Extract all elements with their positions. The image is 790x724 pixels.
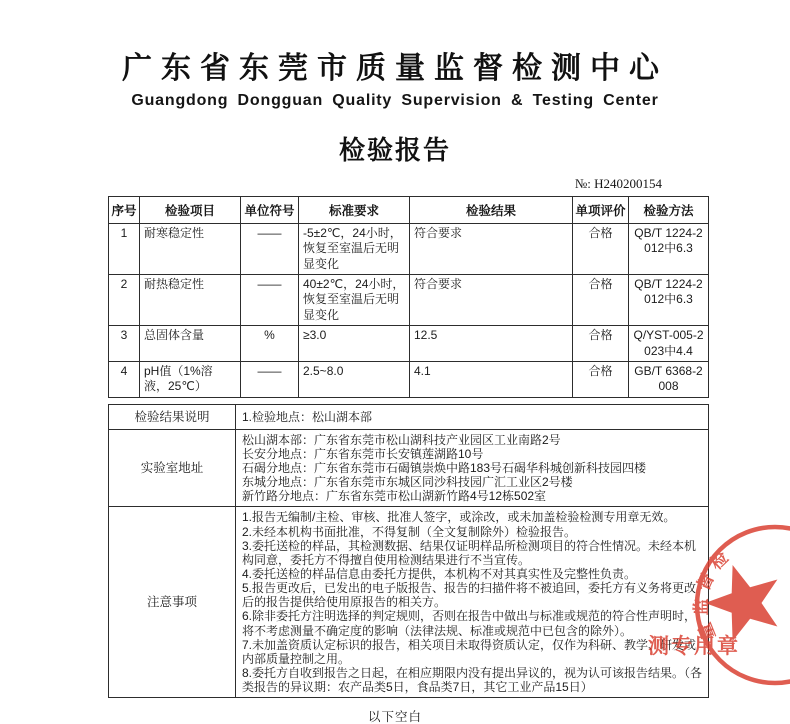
cell-seq-no: 1 (109, 224, 140, 275)
note-item: 8.委托方自收到报告之日起，在相应期限内没有提出异议的，视为认可该报告结果。（各… (242, 666, 702, 694)
seal-ring (697, 527, 790, 683)
table-row: 4 pH值（1%溶液，25℃） —— 2.5~8.0 4.1 合格 GB/T 6… (109, 361, 709, 397)
result-note-row: 检验结果说明 1.检验地点：松山湖本部 (109, 404, 709, 429)
cell-evaluation: 合格 (573, 275, 629, 326)
lab-address-label: 实验室地址 (109, 429, 236, 507)
note-item: 3.委托送检的样品，其检测数据、结果仅证明样品所检测项目的符合性情况。未经本机构… (242, 539, 702, 567)
result-note-content: 1.检验地点：松山湖本部 (236, 404, 709, 429)
cell-test-item: pH值（1%溶液，25℃） (140, 361, 241, 397)
address-line: 东城分地点：广东省东莞市东城区同沙科技园广汇工业区2号楼 (242, 475, 702, 489)
column-header: 检验方法 (629, 197, 709, 224)
column-header: 单项评价 (573, 197, 629, 224)
column-header: 单位符号 (241, 197, 299, 224)
notes-label: 注意事项 (109, 507, 236, 698)
cell-standard-requirement: 40±2℃，24小时，恢复至室温后无明显变化 (299, 275, 410, 326)
cell-unit-symbol: —— (241, 361, 299, 397)
column-header: 检验结果 (410, 197, 573, 224)
results-table-body: 1 耐寒稳定性 —— -5±2℃，24小时，恢复至室温后无明显变化 符合要求 合… (109, 224, 709, 398)
cell-test-result: 符合要求 (410, 275, 573, 326)
column-header: 检验项目 (140, 197, 241, 224)
cell-test-item: 耐热稳定性 (140, 275, 241, 326)
table-row: 2 耐热稳定性 —— 40±2℃，24小时，恢复至室温后无明显变化 符合要求 合… (109, 275, 709, 326)
column-header: 标准要求 (299, 197, 410, 224)
cell-test-method: Q/YST-005-2023中4.4 (629, 326, 709, 362)
notes-row: 注意事项 1.报告无编制/主检、审核、批准人签字，或涂改，或未加盖检验检测专用章… (109, 507, 709, 698)
cell-evaluation: 合格 (573, 224, 629, 275)
report-number: №: H240200154 (0, 176, 790, 192)
cell-test-method: GB/T 6368-2008 (629, 361, 709, 397)
cell-seq-no: 4 (109, 361, 140, 397)
cell-unit-symbol: % (241, 326, 299, 362)
notes-content: 1.报告无编制/主检、审核、批准人签字，或涂改，或未加盖检验检测专用章无效。2.… (236, 507, 709, 698)
note-item: 1.报告无编制/主检、审核、批准人签字，或涂改，或未加盖检验检测专用章无效。 (242, 510, 702, 524)
org-title: 广东省东莞市质量监督检测中心 (0, 52, 790, 85)
blank-below-note: 以下空白 (0, 707, 790, 724)
cell-test-result: 符合要求 (410, 224, 573, 275)
cell-evaluation: 合格 (573, 361, 629, 397)
cell-test-item: 耐寒稳定性 (140, 224, 241, 275)
table-row: 3 总固体含量 % ≥3.0 12.5 合格 Q/YST-005-2023中4.… (109, 326, 709, 362)
note-item: 2.未经本机构书面批准，不得复制（全文复制除外）检验报告。 (242, 525, 702, 539)
lab-address-row: 实验室地址 松山湖本部：广东省东莞市松山湖科技产业园区工业南路2号长安分地点：广… (109, 429, 709, 507)
result-note-label: 检验结果说明 (109, 404, 236, 429)
address-line: 长安分地点：广东省东莞市长安镇莲湖路10号 (242, 447, 702, 461)
cell-test-method: QB/T 1224-2012中6.3 (629, 275, 709, 326)
cell-standard-requirement: ≥3.0 (299, 326, 410, 362)
cell-unit-symbol: —— (241, 224, 299, 275)
org-subtitle-en: Guangdong Dongguan Quality Supervision &… (0, 92, 790, 110)
cell-unit-symbol: —— (241, 275, 299, 326)
cell-standard-requirement: 2.5~8.0 (299, 361, 410, 397)
note-item: 5.报告更改后，已发出的电子版报告、报告的扫描件将不被追回，委托方有义务将更改后… (242, 581, 702, 609)
note-item: 7.未加盖资质认定标识的报告，相关项目未取得资质认定，仅作为科研、教学、研发或内… (242, 638, 702, 666)
report-title: 检验报告 (0, 130, 790, 167)
note-item: 4.委托送检的样品信息由委托方提供，本机构不对其真实性及完整性负责。 (242, 567, 702, 581)
cell-seq-no: 3 (109, 326, 140, 362)
lab-address-content: 松山湖本部：广东省东莞市松山湖科技产业园区工业南路2号长安分地点：广东省东莞市长… (236, 429, 709, 507)
results-table: 序号检验项目单位符号标准要求检验结果单项评价检验方法 1 耐寒稳定性 —— -5… (108, 196, 709, 398)
results-table-header-row: 序号检验项目单位符号标准要求检验结果单项评价检验方法 (109, 197, 709, 224)
address-line: 石碣分地点：广东省东莞市石碣镇崇焕中路183号石碣华科城创新科技园四楼 (242, 461, 702, 475)
cell-standard-requirement: -5±2℃，24小时，恢复至室温后无明显变化 (299, 224, 410, 275)
note-item: 6.除非委托方注明选择的判定规则，否则在报告中做出与标准或规范的符合性声明时，将… (242, 609, 702, 637)
cell-test-result: 12.5 (410, 326, 573, 362)
cell-evaluation: 合格 (573, 326, 629, 362)
column-header: 序号 (109, 197, 140, 224)
address-line: 新竹路分地点：广东省东莞市松山湖新竹路4号12栋502室 (242, 489, 702, 503)
seal-star-icon (705, 565, 777, 641)
cell-test-result: 4.1 (410, 361, 573, 397)
address-line: 松山湖本部：广东省东莞市松山湖科技产业园区工业南路2号 (242, 433, 702, 447)
cell-test-item: 总固体含量 (140, 326, 241, 362)
cell-seq-no: 2 (109, 275, 140, 326)
table-row: 1 耐寒稳定性 —— -5±2℃，24小时，恢复至室温后无明显变化 符合要求 合… (109, 224, 709, 275)
info-table: 检验结果说明 1.检验地点：松山湖本部 实验室地址 松山湖本部：广东省东莞市松山… (108, 404, 709, 699)
cell-test-method: QB/T 1224-2012中6.3 (629, 224, 709, 275)
